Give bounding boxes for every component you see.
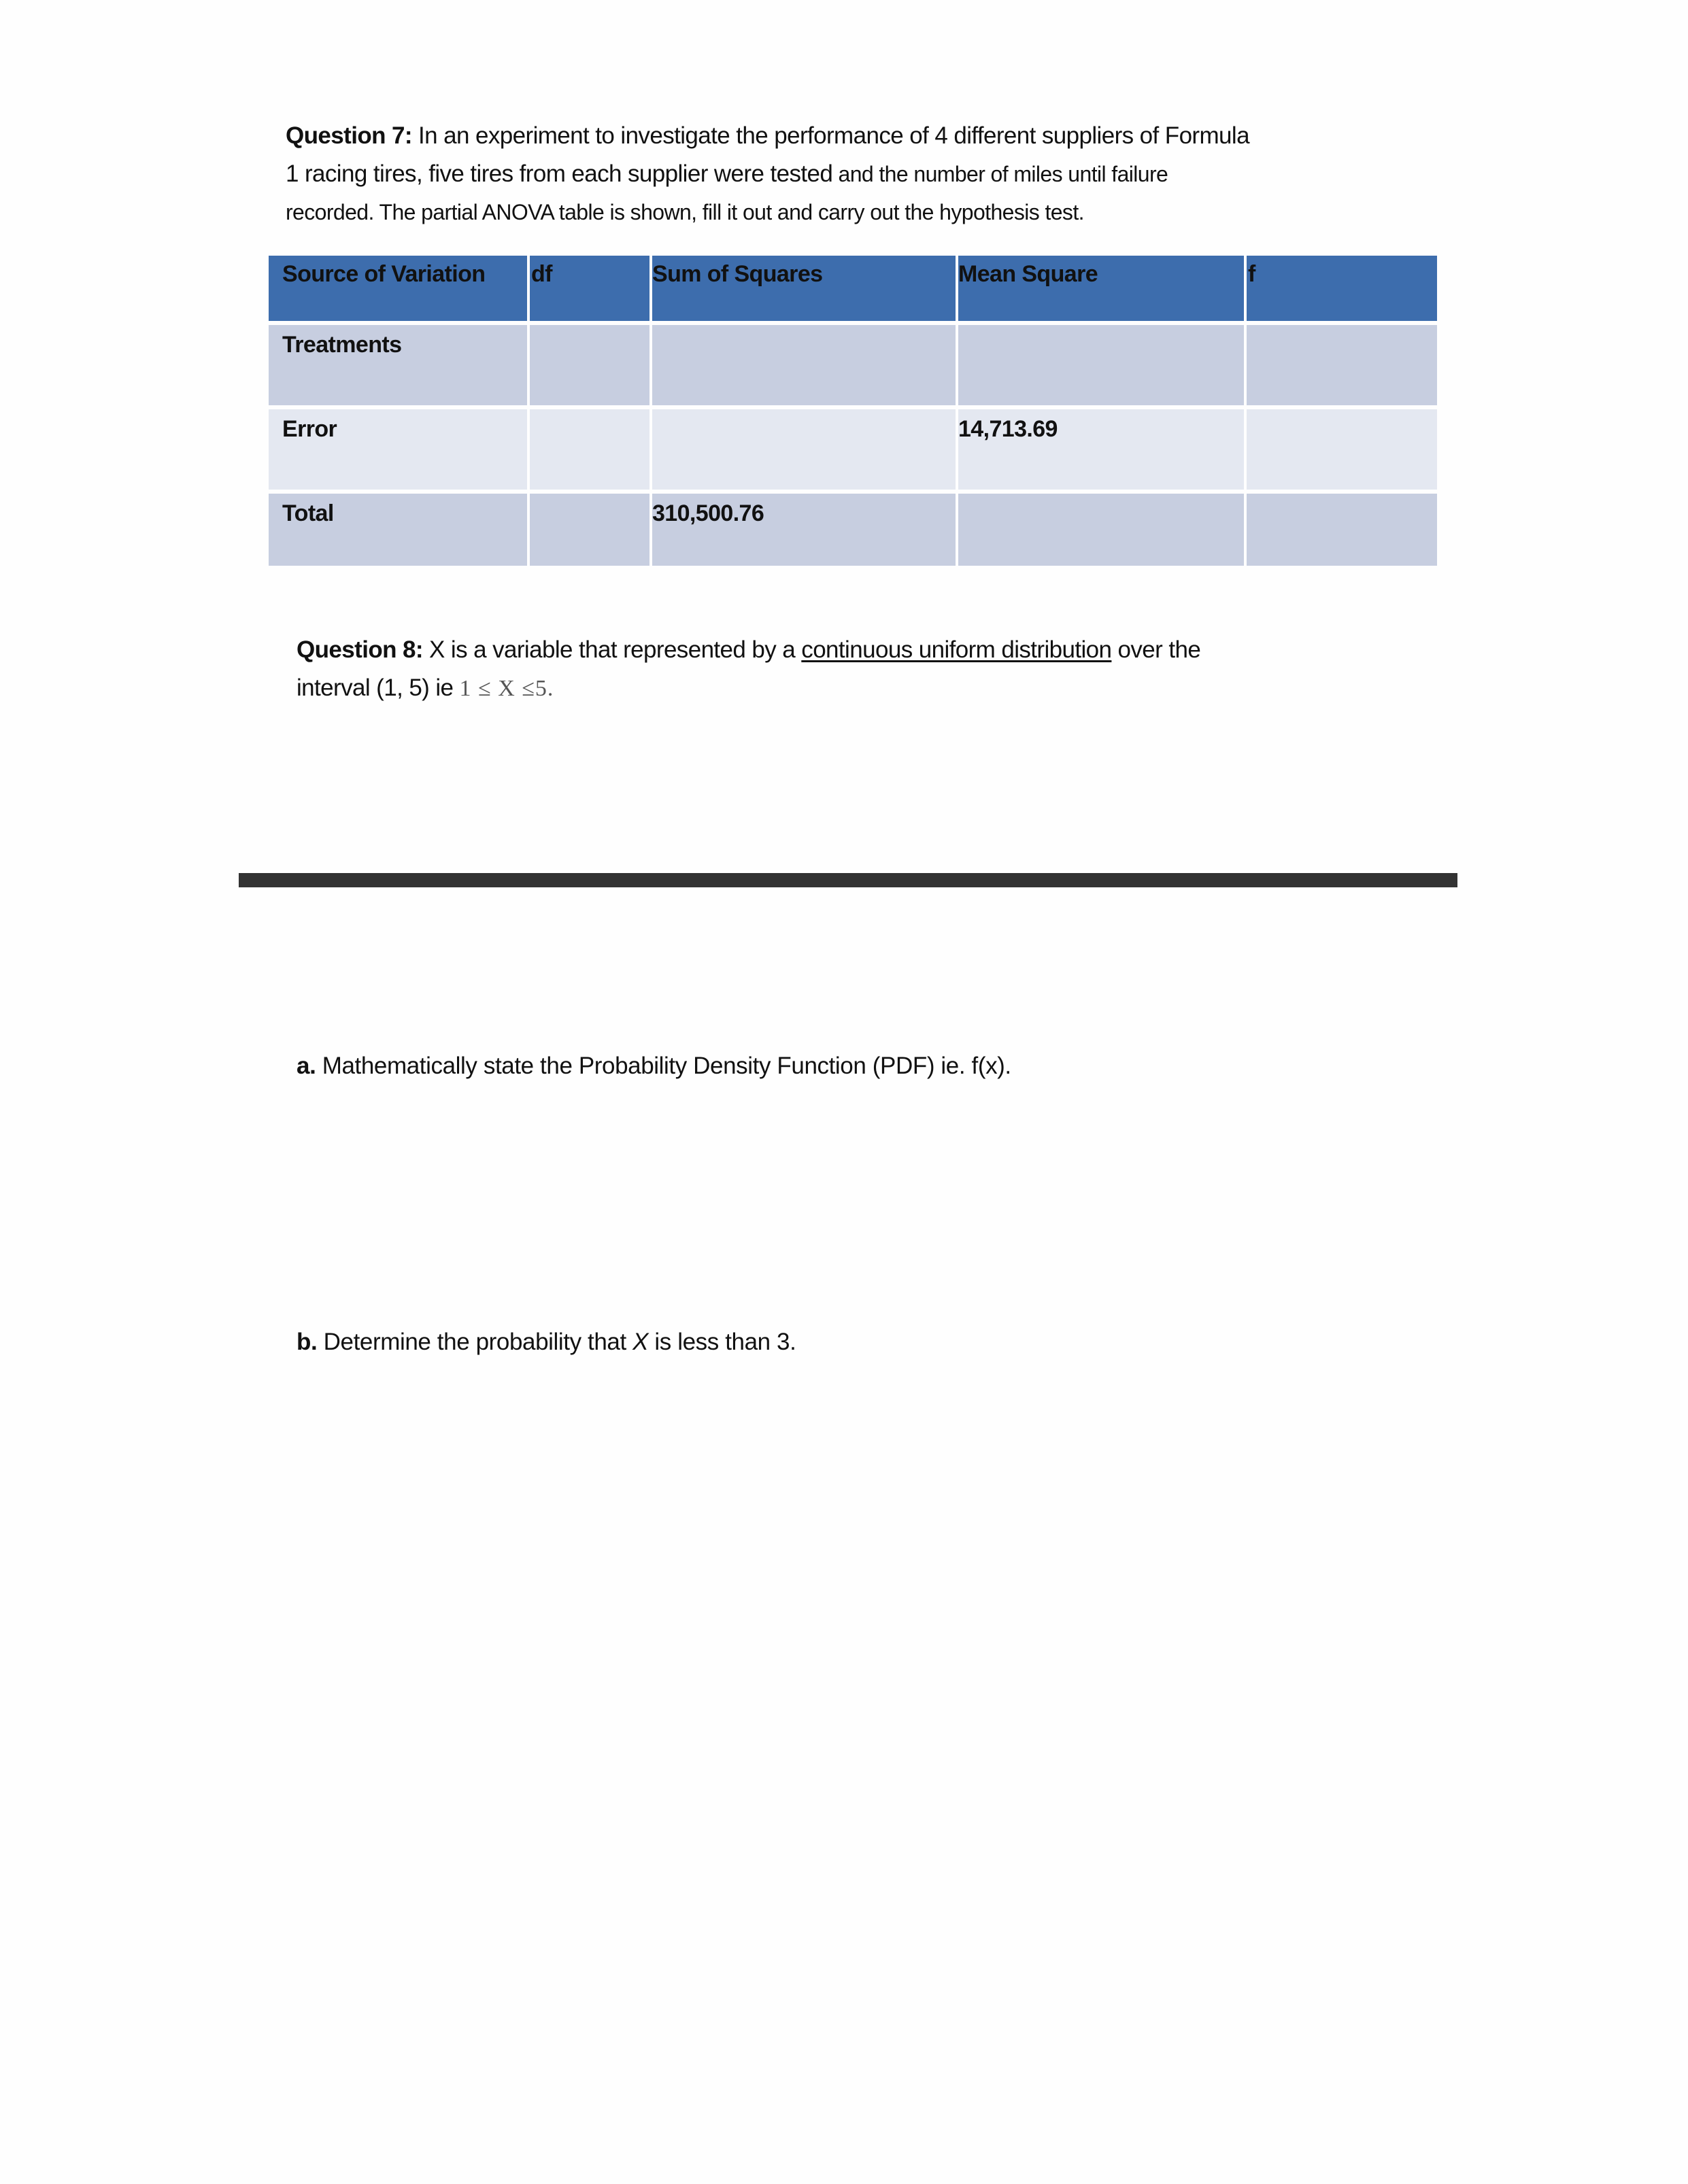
cell-f[interactable] (1247, 494, 1437, 566)
header-f: f (1247, 256, 1437, 321)
header-df: df (530, 256, 649, 321)
inequality-expression: 1 ≤ X ≤5 (460, 676, 547, 701)
cell-source: Treatments (269, 325, 527, 405)
header-sum-of-squares: Sum of Squares (652, 256, 956, 321)
cell-source: Error (269, 409, 527, 490)
cell-ss[interactable] (652, 409, 956, 490)
cell-df[interactable] (530, 494, 649, 566)
question-7-line-1: Question 7: In an experiment to investig… (286, 117, 1387, 155)
cell-ss: 310,500.76 (652, 494, 956, 566)
question-7-line-3: recorded. The partial ANOVA table is sho… (286, 193, 1387, 231)
part-a: a. Mathematically state the Probability … (297, 1053, 1011, 1080)
cell-ss[interactable] (652, 325, 956, 405)
part-b: b. Determine the probability that X is l… (297, 1329, 796, 1356)
question-8-line-1: Question 8: X is a variable that represe… (297, 631, 1357, 669)
anova-table: Source of Variation df Sum of Squares Me… (266, 252, 1440, 570)
anova-header-row: Source of Variation df Sum of Squares Me… (269, 256, 1437, 321)
header-mean-square: Mean Square (958, 256, 1244, 321)
cell-ms[interactable] (958, 325, 1244, 405)
cell-f[interactable] (1247, 325, 1437, 405)
cell-f[interactable] (1247, 409, 1437, 490)
table-row-total: Total 310,500.76 (269, 494, 1437, 566)
section-divider (239, 873, 1457, 887)
table-row-treatments: Treatments (269, 325, 1437, 405)
cell-df[interactable] (530, 325, 649, 405)
question-7-line-2: 1 racing tires, five tires from each sup… (286, 155, 1387, 193)
question-7: Question 7: In an experiment to investig… (286, 117, 1387, 231)
header-source: Source of Variation (269, 256, 527, 321)
cell-ms[interactable] (958, 494, 1244, 566)
table-row-error: Error 14,713.69 (269, 409, 1437, 490)
question-7-label: Question 7: (286, 122, 412, 149)
variable-x: X (632, 1329, 648, 1355)
part-a-label: a. (297, 1053, 316, 1079)
question-8-label: Question 8: (297, 636, 423, 663)
part-b-label: b. (297, 1329, 317, 1355)
continuous-uniform-distribution-term: continuous uniform distribution (801, 636, 1111, 663)
question-8-line-2: interval (1, 5) ie 1 ≤ X ≤5. (297, 669, 1357, 708)
cell-source: Total (269, 494, 527, 566)
cell-df[interactable] (530, 409, 649, 490)
cell-ms: 14,713.69 (958, 409, 1244, 490)
question-8: Question 8: X is a variable that represe… (297, 631, 1357, 708)
